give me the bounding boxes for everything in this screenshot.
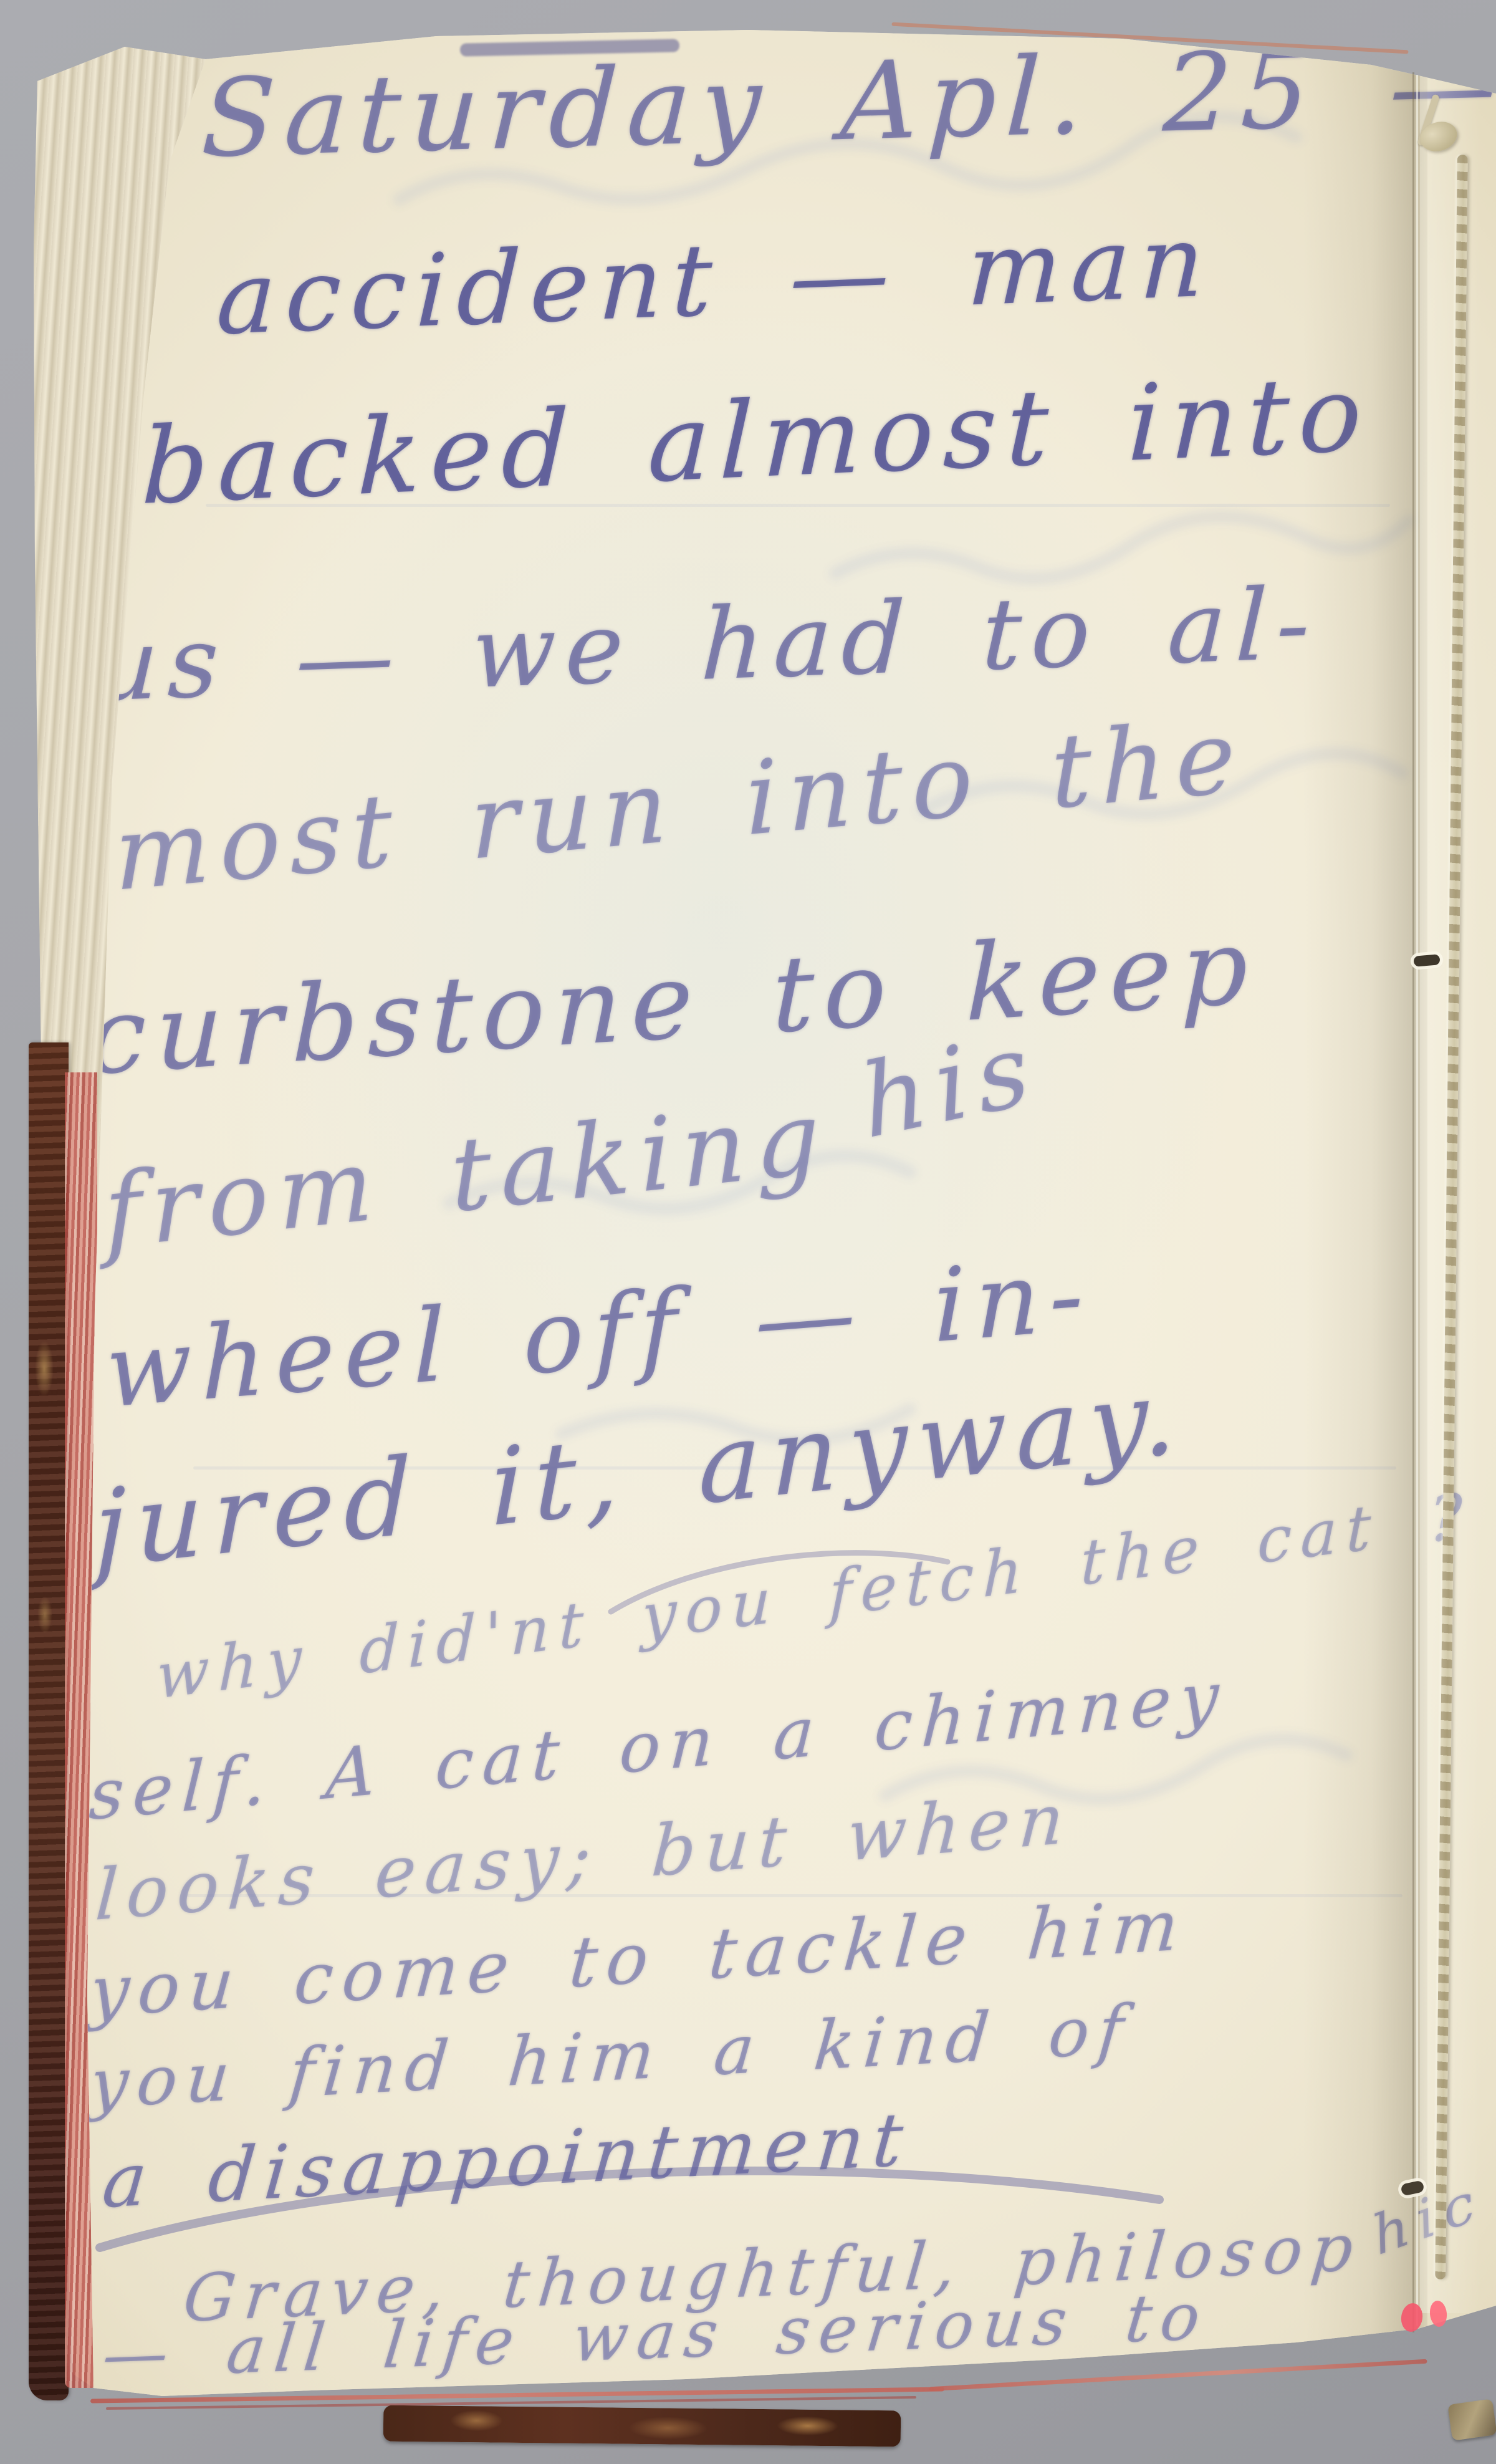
handwriting-line: from takinghis bbox=[102, 1064, 1040, 1264]
notebook-page: Saturday Apl. 25 — accident — man backed… bbox=[0, 0, 1496, 2464]
handwriting-line: Saturday Apl. 25 — bbox=[199, 31, 1496, 173]
handwriting-line: accident — man bbox=[215, 211, 1215, 349]
handwriting-line: us — we had to al- bbox=[93, 574, 1321, 716]
leather-cover-bottom bbox=[383, 2405, 901, 2447]
leather-cover-edge bbox=[29, 1042, 69, 2400]
leather-scuff-mark bbox=[35, 1340, 54, 1397]
handwriting-line: most run into the bbox=[113, 705, 1245, 906]
leather-scuff-mark bbox=[37, 1596, 52, 1634]
gutter-shadow bbox=[1303, 59, 1427, 2341]
gutter-fold-line bbox=[1412, 72, 1414, 2332]
leather-cover-corner bbox=[1447, 2399, 1496, 2440]
handwriting-line: curbstone to keep bbox=[87, 913, 1257, 1090]
handwriting-line: backed almost into bbox=[140, 361, 1373, 519]
handwriting-line: a disappointment bbox=[100, 2102, 914, 2218]
gutter-fold-highlight bbox=[1416, 75, 1418, 2326]
red-stained-bottom-edge bbox=[929, 2359, 1427, 2392]
